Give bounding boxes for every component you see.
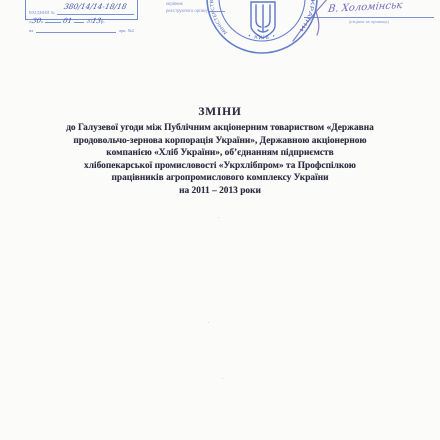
incoming-number-row: ВХІДНИЙ № 380/14/14-18/18: [29, 0, 134, 15]
scanned-document-page: ВХІДНИЙ № 380/14/14-18/18 «30» 01 2013 р…: [0, 0, 440, 440]
sheets-row: на арк. №2: [29, 27, 134, 33]
title-line-1: до Галузевої угоди між Публічним акціоне…: [27, 122, 413, 135]
seal-bottom-text: • КИЇВ •: [247, 33, 277, 41]
document-heading: ЗМІНИ: [0, 106, 440, 118]
incoming-number-value: 380/14/14-18/18: [63, 3, 127, 10]
signature-caption: (ініціали та прізвище): [326, 19, 412, 24]
signature-name: В. Холомінськ: [327, 0, 403, 15]
stamp-date-row: «30» 01 2013 р.: [29, 16, 134, 25]
sheets-blank-line: [36, 27, 116, 33]
date-day-value: 30: [31, 18, 41, 25]
sheets-note: арк. №2: [119, 28, 134, 33]
seal-arc-text-left: МІНІСТЕРСТВО: [209, 0, 229, 35]
title-line-2: продовольчо-зернова корпорація України»,…: [27, 135, 413, 148]
sheets-label: на: [29, 28, 33, 33]
date-year-value: 13: [91, 18, 101, 25]
paper-speck: [208, 322, 209, 323]
title-line-3: компанією «Хліб України», об’єднанням пі…: [27, 147, 413, 160]
date-blank-line-2: [74, 16, 84, 23]
title-line-5: працівників агропромислового комплексу У…: [27, 172, 413, 185]
incoming-number-line: 380/14/14-18/18: [57, 0, 134, 15]
svg-text:МІНІСТЕРСТВО: МІНІСТЕРСТВО: [209, 0, 229, 35]
date-suffix: р.: [101, 19, 105, 25]
registration-stamp: ВХІДНИЙ № 380/14/14-18/18 «30» 01 2013 р…: [25, 0, 138, 20]
date-blank-line: [45, 16, 61, 23]
title-line-4: хлібопекарської промисловості «Укрхлібпр…: [27, 160, 413, 173]
document-title-lines: до Галузевої угоди між Публічним акціоне…: [27, 122, 413, 198]
document-title-block: ЗМІНИ до Галузевої угоди між Публічним а…: [0, 106, 440, 198]
title-line-6: на 2011 – 2013 роки: [27, 185, 413, 198]
svg-text:• КИЇВ •: • КИЇВ •: [247, 33, 277, 41]
paper-speck: [222, 378, 223, 379]
incoming-number-label: ВХІДНИЙ №: [29, 10, 55, 15]
seal-inner-ring: [219, 0, 305, 41]
signature-block: В. Холомінськ (ініціали та прізвище): [300, 0, 438, 30]
paper-speck: [218, 217, 219, 218]
trident-shield-icon: [251, 2, 275, 38]
date-month-value: 01: [63, 18, 73, 25]
